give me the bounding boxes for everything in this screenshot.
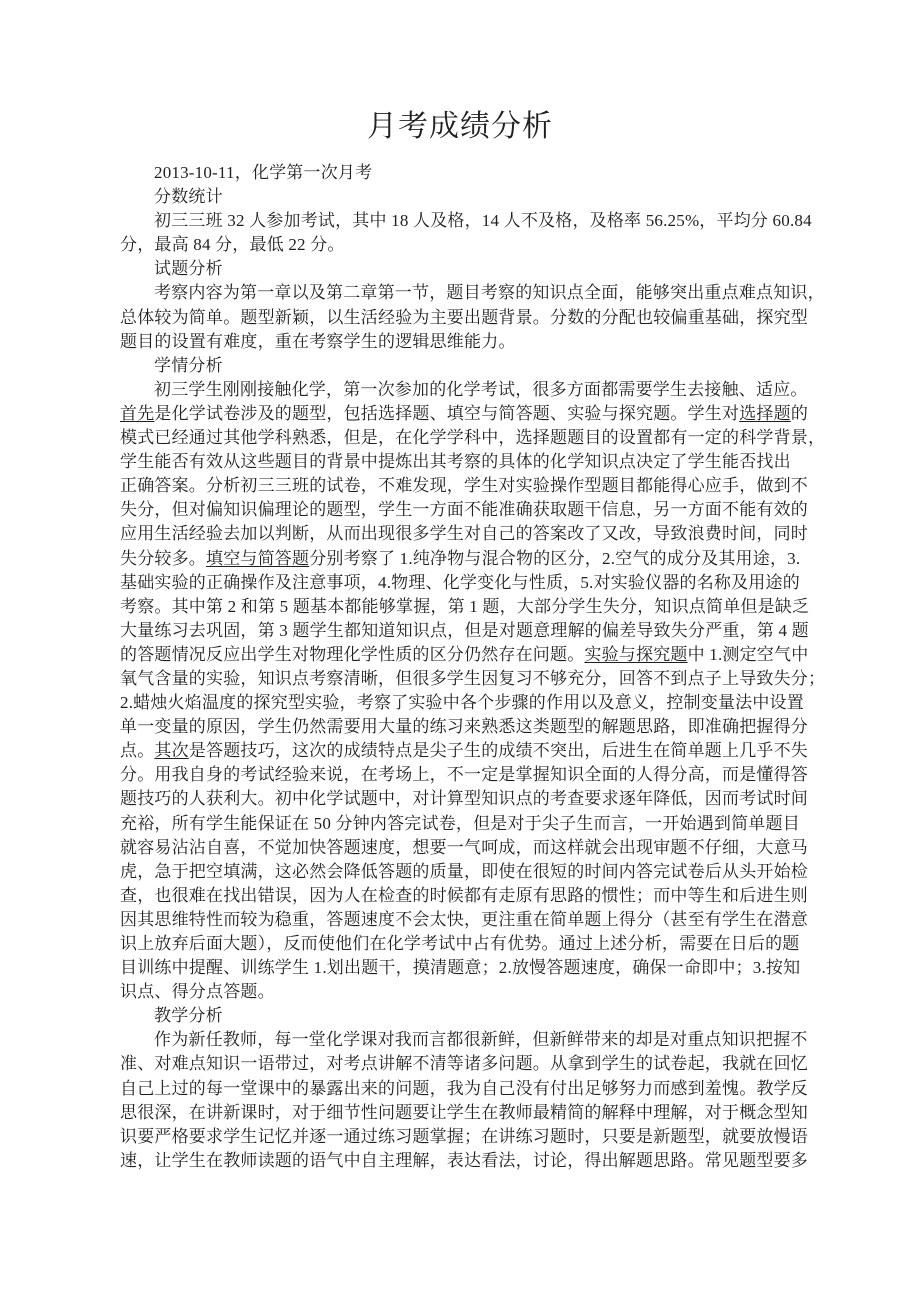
text-line: 分数统计 xyxy=(120,185,812,209)
text-line: 试题分析 xyxy=(120,257,812,281)
text-line: 总体较为简单。题型新颖，以生活经验为主要出题背景。分数的分配也较偏重基础，探究型 xyxy=(120,306,812,330)
text-run: 的答题情况反应出学生对物理化学性质的区分仍然存在问题。 xyxy=(120,645,584,664)
text-line: 学生能否有效从这些题目的背景中提炼出其考察的具体的化学知识点决定了学生能否找出 xyxy=(120,450,812,474)
underlined-text-run: 选择题 xyxy=(739,404,791,423)
text-run: 准、对难点知识一语带过，对考点讲解不清等诸多问题。从拿到学生的试卷起，我就在回忆 xyxy=(120,1054,808,1073)
text-line: 考察。其中第 2 和第 5 题基本都能够掌握，第 1 题，大部分学生失分，知识点… xyxy=(120,595,812,619)
text-run: 查，也很难在找出错误，因为人在检查的时候都有走原有思路的惯性；而中等生和后进生则 xyxy=(120,886,808,905)
document-page: 月考成绩分析 2013-10-11，化学第一次月考分数统计初三三班 32 人参加… xyxy=(0,0,920,1302)
text-run: 初三三班 32 人参加考试，其中 18 人及格，14 人不及格，及格率 56.2… xyxy=(154,211,812,230)
text-line: 考察内容为第一章以及第二章第一节，题目考察的知识点全面，能够突出重点难点知识， xyxy=(120,281,812,305)
underlined-text-run: 其次 xyxy=(154,741,188,760)
document-title: 月考成绩分析 xyxy=(0,106,920,148)
text-line: 充裕，所有学生能保证在 50 分钟内答完试卷，但是对于尖子生而言，一开始遇到简单… xyxy=(120,812,812,836)
underlined-text-run: 填空与简答题 xyxy=(206,549,309,568)
text-run: 氧气含量的实验，知识点考察清晰，但很多学生因复习不够充分，回答不到点子上导致失分… xyxy=(120,669,825,688)
text-line: 速，让学生在教师读题的语气中自主理解，表达看法，讨论，得出解题思路。常见题型要多 xyxy=(120,1149,812,1173)
text-line: 识要严格要求学生记忆并逐一通过练习题掌握；在讲练习题时，只要是新题型，就要放慢语 xyxy=(120,1125,812,1149)
text-line: 目训练中提醒、训练学生 1.划出题干，摸清题意；2.放慢答题速度，确保一命即中；… xyxy=(120,956,812,980)
text-run: 教学分析 xyxy=(154,1006,223,1025)
text-run: 是答题技巧，这次的成绩特点是尖子生的成绩不突出，后进生在简单题上几乎不失 xyxy=(189,741,808,760)
text-line: 失分，但对偏知识偏理论的题型，学生一方面不能准确获取题干信息，另一方面不能有效的 xyxy=(120,498,812,522)
text-line: 分，最高 84 分，最低 22 分。 xyxy=(120,233,812,257)
text-run: 学生能否有效从这些题目的背景中提炼出其考察的具体的化学知识点决定了学生能否找出 xyxy=(120,452,791,471)
text-line: 准、对难点知识一语带过，对考点讲解不清等诸多问题。从拿到学生的试卷起，我就在回忆 xyxy=(120,1052,812,1076)
text-line: 题目的设置有难度，重在考察学生的逻辑思维能力。 xyxy=(120,330,812,354)
text-line: 作为新任教师，每一堂化学课对我而言都很新鲜，但新鲜带来的却是对重点知识把握不 xyxy=(120,1028,812,1052)
text-run: 充裕，所有学生能保证在 50 分钟内答完试卷，但是对于尖子生而言，一开始遇到简单… xyxy=(120,814,800,833)
text-run: 模式已经通过其他学科熟悉，但是，在化学学科中，选择题题目的设置都有一定的科学背景… xyxy=(120,428,825,447)
text-run: 单一变量的原因，学生仍然需要用大量的练习来熟悉这类题型的解题思路，即准确把握得分 xyxy=(120,717,808,736)
text-line: 初三三班 32 人参加考试，其中 18 人及格，14 人不及格，及格率 56.2… xyxy=(120,209,812,233)
text-run: 分。用我自身的考试经验来说，在考场上，不一定是掌握知识全面的人得分高，而是懂得答 xyxy=(120,765,808,784)
text-line: 失分较多。填空与简答题分别考察了 1.纯净物与混合物的区分，2.空气的成分及其用… xyxy=(120,547,812,571)
text-run: 点。 xyxy=(120,741,154,760)
text-line: 的答题情况反应出学生对物理化学性质的区分仍然存在问题。实验与探究题中 1.测定空… xyxy=(120,643,812,667)
text-line: 2.蜡烛火焰温度的探究型实验，考察了实验中各个步骤的作用以及意义，控制变量法中设… xyxy=(120,691,812,715)
text-line: 虎，急于把空填满，这必然会降低答题的质量，即使在很短的时间内答完试卷后从头开始检 xyxy=(120,860,812,884)
text-line: 教学分析 xyxy=(120,1004,812,1028)
text-line: 点。其次是答题技巧，这次的成绩特点是尖子生的成绩不突出，后进生在简单题上几乎不失 xyxy=(120,739,812,763)
text-run: 的 xyxy=(791,404,808,423)
text-run: 考察。其中第 2 和第 5 题基本都能够掌握，第 1 题，大部分学生失分，知识点… xyxy=(120,597,809,616)
text-line: 查，也很难在找出错误，因为人在检查的时候都有走原有思路的惯性；而中等生和后进生则 xyxy=(120,884,812,908)
text-line: 就容易沾沾自喜，不觉加快答题速度，想要一气呵成，而这样就会出现审题不仔细，大意马 xyxy=(120,836,812,860)
text-line: 应用生活经验去加以判断，从而出现很多学生对自己的答案改了又改，导致浪费时间，同时 xyxy=(120,522,812,546)
underlined-text-run: 实验与探究题 xyxy=(584,645,687,664)
text-line: 因其思维特性而较为稳重，答题速度不会太快，更注重在简单题上得分（甚至有学生在潜意 xyxy=(120,908,812,932)
text-line: 学情分析 xyxy=(120,354,812,378)
text-line: 首先是化学试卷涉及的题型，包括选择题、填空与简答题、实验与探究题。学生对选择题的 xyxy=(120,402,812,426)
text-line: 识点、得分点答题。 xyxy=(120,980,812,1004)
text-run: 因其思维特性而较为稳重，答题速度不会太快，更注重在简单题上得分（甚至有学生在潜意 xyxy=(120,910,808,929)
text-run: 题技巧的人获利大。初中化学试题中，对计算型知识点的考查要求逐年降低，因而考试时间 xyxy=(120,789,808,808)
text-line: 思很深，在讲新课时，对于细节性问题要让学生在教师最精简的解释中理解，对于概念型知 xyxy=(120,1101,812,1125)
underlined-text-run: 首先 xyxy=(120,404,154,423)
text-run: 识点、得分点答题。 xyxy=(120,982,275,1001)
text-run: 就容易沾沾自喜，不觉加快答题速度，想要一气呵成，而这样就会出现审题不仔细，大意马 xyxy=(120,838,808,857)
text-run: 总体较为简单。题型新颖，以生活经验为主要出题背景。分数的分配也较偏重基础，探究型 xyxy=(120,308,808,327)
text-run: 自己上过的每一堂课中的暴露出来的问题，我为自己没有付出足够努力而感到羞愧。教学反 xyxy=(120,1079,808,1098)
text-run: 失分，但对偏知识偏理论的题型，学生一方面不能准确获取题干信息，另一方面不能有效的 xyxy=(120,500,808,519)
text-line: 分。用我自身的考试经验来说，在考场上，不一定是掌握知识全面的人得分高，而是懂得答 xyxy=(120,763,812,787)
text-run: 学情分析 xyxy=(154,356,223,375)
text-run: 正确答案。分析初三三班的试卷，不难发现，学生对实验操作型题目都能得心应手，做到不 xyxy=(120,476,808,495)
text-run: 虎，急于把空填满，这必然会降低答题的质量，即使在很短的时间内答完试卷后从头开始检 xyxy=(120,862,808,881)
text-line: 正确答案。分析初三三班的试卷，不难发现，学生对实验操作型题目都能得心应手，做到不 xyxy=(120,474,812,498)
text-line: 初三学生刚刚接触化学，第一次参加的化学考试，很多方面都需要学生去接触、适应。 xyxy=(120,378,812,402)
text-line: 大量练习去巩固，第 3 题学生都知道知识点，但是对题意理解的偏差导致失分严重，第… xyxy=(120,619,812,643)
text-line: 2013-10-11，化学第一次月考 xyxy=(120,161,812,185)
text-run: 思很深，在讲新课时，对于细节性问题要让学生在教师最精简的解释中理解，对于概念型知 xyxy=(120,1103,808,1122)
text-line: 识上放弃后面大题），反而使他们在化学考试中占有优势。通过上述分析，需要在日后的题 xyxy=(120,932,812,956)
text-run: 是化学试卷涉及的题型，包括选择题、填空与简答题、实验与探究题。学生对 xyxy=(154,404,739,423)
text-run: 速，让学生在教师读题的语气中自主理解，表达看法，讨论，得出解题思路。常见题型要多 xyxy=(120,1151,808,1170)
text-run: 分，最高 84 分，最低 22 分。 xyxy=(120,235,345,254)
text-run: 作为新任教师，每一堂化学课对我而言都很新鲜，但新鲜带来的却是对重点知识把握不 xyxy=(154,1030,808,1049)
text-line: 题技巧的人获利大。初中化学试题中，对计算型知识点的考查要求逐年降低，因而考试时间 xyxy=(120,787,812,811)
text-line: 自己上过的每一堂课中的暴露出来的问题，我为自己没有付出足够努力而感到羞愧。教学反 xyxy=(120,1077,812,1101)
text-run: 基础实验的正确操作及注意事项，4.物理、化学变化与性质，5.对实验仪器的名称及用… xyxy=(120,573,800,592)
text-run: 识要严格要求学生记忆并逐一通过练习题掌握；在讲练习题时，只要是新题型，就要放慢语 xyxy=(120,1127,808,1146)
text-run: 题目的设置有难度，重在考察学生的逻辑思维能力。 xyxy=(120,332,516,351)
text-run: 2.蜡烛火焰温度的探究型实验，考察了实验中各个步骤的作用以及意义，控制变量法中设… xyxy=(120,693,804,712)
text-line: 基础实验的正确操作及注意事项，4.物理、化学变化与性质，5.对实验仪器的名称及用… xyxy=(120,571,812,595)
text-run: 试题分析 xyxy=(154,259,223,278)
text-run: 分别考察了 1.纯净物与混合物的区分，2.空气的成分及其用途，3. xyxy=(309,549,800,568)
text-run: 失分较多。 xyxy=(120,549,206,568)
text-run: 初三学生刚刚接触化学，第一次参加的化学考试，很多方面都需要学生去接触、适应。 xyxy=(154,380,808,399)
text-run: 目训练中提醒、训练学生 1.划出题干，摸清题意；2.放慢答题速度，确保一命即中；… xyxy=(120,958,800,977)
text-run: 识上放弃后面大题），反而使他们在化学考试中占有优势。通过上述分析，需要在日后的题 xyxy=(120,934,800,953)
text-run: 应用生活经验去加以判断，从而出现很多学生对自己的答案改了又改，导致浪费时间，同时 xyxy=(120,524,808,543)
text-line: 模式已经通过其他学科熟悉，但是，在化学学科中，选择题题目的设置都有一定的科学背景… xyxy=(120,426,812,450)
document-body: 2013-10-11，化学第一次月考分数统计初三三班 32 人参加考试，其中 1… xyxy=(120,161,812,1173)
text-run: 大量练习去巩固，第 3 题学生都知道知识点，但是对题意理解的偏差导致失分严重，第… xyxy=(120,621,809,640)
text-line: 单一变量的原因，学生仍然需要用大量的练习来熟悉这类题型的解题思路，即准确把握得分 xyxy=(120,715,812,739)
text-run: 中 1.测定空气中 xyxy=(688,645,809,664)
text-run: 2013-10-11，化学第一次月考 xyxy=(154,163,372,182)
text-run: 分数统计 xyxy=(154,187,223,206)
text-line: 氧气含量的实验，知识点考察清晰，但很多学生因复习不够充分，回答不到点子上导致失分… xyxy=(120,667,812,691)
text-run: 考察内容为第一章以及第二章第一节，题目考察的知识点全面，能够突出重点难点知识， xyxy=(154,283,825,302)
